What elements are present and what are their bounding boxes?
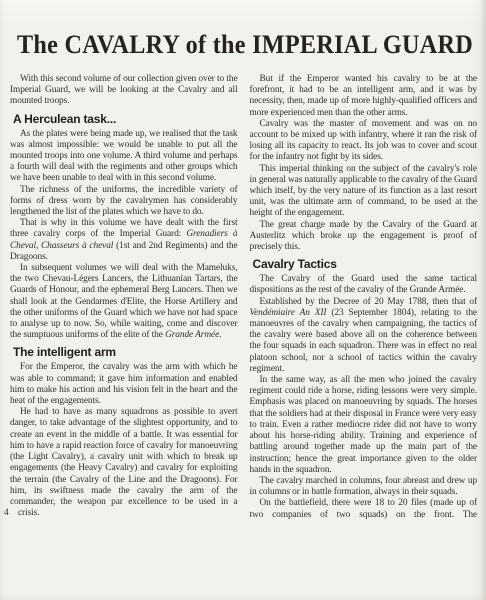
text-segment: .	[219, 330, 221, 340]
paragraph-columns: The cavalry marched in columns, four abr…	[250, 476, 478, 498]
heading-intelligent-arm: The intelligent arm	[13, 346, 238, 359]
heading-herculean-task: A Herculean task...	[13, 113, 238, 126]
paragraph-master: Cavalry was the master of movement and w…	[250, 119, 478, 164]
paragraph-sameway: In the same way, as all the men who join…	[250, 375, 478, 476]
paragraph-battlefield: On the battlefield, there were 18 to 20 …	[250, 498, 478, 520]
paragraph-tactical: The Cavalry of the Guard used the same t…	[250, 274, 478, 296]
page-title: The CAVALRY of the IMPERIAL GUARD	[17, 30, 469, 60]
heading-cavalry-tactics: Cavalry Tactics	[253, 258, 478, 271]
paragraph-corps: That is why in this volume we have dealt…	[10, 218, 238, 263]
last-line: 4 crisis.	[10, 508, 238, 519]
paragraph-forefront: But if the Emperor wanted his cavalry to…	[250, 74, 478, 119]
right-column: But if the Emperor wanted his cavalry to…	[250, 74, 478, 521]
paragraph-charge: The great charge made by the Cavalry of …	[250, 220, 478, 254]
book-page: The CAVALRY of the IMPERIAL GUARD With t…	[0, 0, 486, 600]
left-column: With this second volume of our collectio…	[10, 74, 238, 521]
text-segment: Established by the Decree of 20 May 1788…	[260, 297, 478, 307]
paragraph-decree: Established by the Decree of 20 May 1788…	[250, 297, 478, 375]
paragraph-emperor: For the Emperor, the cavalry was the arm…	[10, 362, 238, 407]
paragraph-volumes: In subsequent volumes we will deal with …	[10, 263, 238, 341]
paragraph-richness: The richness of the uniforms, the incred…	[10, 185, 238, 219]
paragraph-intro: With this second volume of our collectio…	[10, 74, 238, 108]
two-column-layout: With this second volume of our collectio…	[0, 60, 486, 521]
italic-term-grande-armee: Grande Armée	[165, 330, 219, 340]
text-segment: In subsequent volumes we will deal with …	[10, 263, 238, 340]
italic-term-vendemiaire: Vendémiaire An XII	[250, 308, 327, 318]
paragraph-squadrons: He had to have as many squadrons as poss…	[10, 407, 238, 508]
page-number: 4	[4, 508, 9, 519]
paragraph-plates: As the plates were being made up, we rea…	[10, 129, 238, 185]
paragraph-squadrons-end: crisis.	[18, 508, 39, 518]
paragraph-thinking: This imperial thinking on the subject of…	[250, 164, 478, 220]
